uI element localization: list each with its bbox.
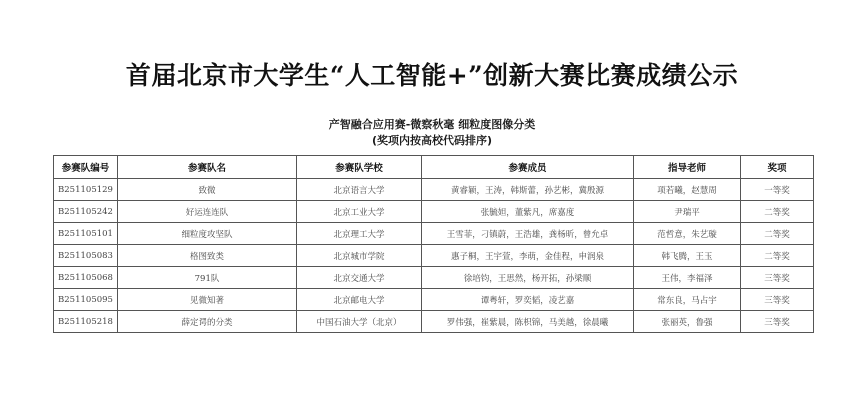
header-team-id: 参赛队编号 <box>54 156 118 179</box>
team-name: 好运连连队 <box>118 201 297 223</box>
table-row: B251105129 致微 北京语言大学 黄睿颖，王涛，韩斯蕾，孙艺彬，冀殷源 … <box>54 179 814 201</box>
team-name: 791队 <box>118 267 297 289</box>
team-members: 罗伟强，崔紫晨，陈枳锦，马美越，徐晨曦 <box>422 311 634 333</box>
team-award: 一等奖 <box>741 179 814 201</box>
table-row: B251105095 见微知著 北京邮电大学 谭粤轩，罗奕韬，凌艺嘉 常东良，马… <box>54 289 814 311</box>
competition-track-title: 产智融合应用赛-微察秋毫 细粒度图像分类 <box>0 117 864 132</box>
team-school: 北京邮电大学 <box>297 289 422 311</box>
team-award: 二等奖 <box>741 245 814 267</box>
team-advisor: 王伟，李福泽 <box>634 267 741 289</box>
team-id: B251105083 <box>54 245 118 267</box>
page-title: 首届北京市大学生“人工智能+”创新大赛比赛成绩公示 <box>0 60 864 92</box>
team-advisor: 范哲意，朱艺璇 <box>634 223 741 245</box>
team-members: 黄睿颖，王涛，韩斯蕾，孙艺彬，冀殷源 <box>422 179 634 201</box>
team-name: 细粒度攻坚队 <box>118 223 297 245</box>
team-members: 谭粤轩，罗奕韬，凌艺嘉 <box>422 289 634 311</box>
team-id: B251105129 <box>54 179 118 201</box>
team-members: 惠子桐，王宇萱，李萌，金佳程，申润泉 <box>422 245 634 267</box>
team-school: 北京城市学院 <box>297 245 422 267</box>
header-award: 奖项 <box>741 156 814 179</box>
team-school: 北京工业大学 <box>297 201 422 223</box>
team-award: 三等奖 <box>741 311 814 333</box>
team-school: 中国石油大学（北京） <box>297 311 422 333</box>
header-members: 参赛成员 <box>422 156 634 179</box>
team-advisor: 项若曦，赵慧周 <box>634 179 741 201</box>
team-id: B251105095 <box>54 289 118 311</box>
team-name: 见微知著 <box>118 289 297 311</box>
header-team-name: 参赛队名 <box>118 156 297 179</box>
sort-note: (奖项内按高校代码排序) <box>0 133 864 148</box>
table-row: B251105242 好运连连队 北京工业大学 张毓妲，董紫凡，席嘉度 尹瑞平 … <box>54 201 814 223</box>
table-row: B251105068 791队 北京交通大学 徐培钧，王思然，杨开拓，孙梁顺 王… <box>54 267 814 289</box>
team-award: 二等奖 <box>741 223 814 245</box>
table-row: B251105218 薛定谔的分类 中国石油大学（北京） 罗伟强，崔紫晨，陈枳锦… <box>54 311 814 333</box>
team-award: 三等奖 <box>741 289 814 311</box>
table-row: B251105083 格图致类 北京城市学院 惠子桐，王宇萱，李萌，金佳程，申润… <box>54 245 814 267</box>
team-id: B251105242 <box>54 201 118 223</box>
team-advisor: 韩飞腾，王玉 <box>634 245 741 267</box>
team-name: 薛定谔的分类 <box>118 311 297 333</box>
team-advisor: 尹瑞平 <box>634 201 741 223</box>
header-school: 参赛队学校 <box>297 156 422 179</box>
team-id: B251105068 <box>54 267 118 289</box>
team-advisor: 常东良，马占宇 <box>634 289 741 311</box>
table-row: B251105101 细粒度攻坚队 北京理工大学 王雪菲，刁镇蔚，王浩雄，龚杨昕… <box>54 223 814 245</box>
team-name: 致微 <box>118 179 297 201</box>
team-name: 格图致类 <box>118 245 297 267</box>
team-school: 北京语言大学 <box>297 179 422 201</box>
team-members: 徐培钧，王思然，杨开拓，孙梁顺 <box>422 267 634 289</box>
team-award: 二等奖 <box>741 201 814 223</box>
header-advisor: 指导老师 <box>634 156 741 179</box>
team-advisor: 张丽英，鲁强 <box>634 311 741 333</box>
team-award: 三等奖 <box>741 267 814 289</box>
team-members: 王雪菲，刁镇蔚，王浩雄，龚杨昕，曾允卓 <box>422 223 634 245</box>
results-table: 参赛队编号 参赛队名 参赛队学校 参赛成员 指导老师 奖项 B251105129… <box>53 155 814 333</box>
team-school: 北京理工大学 <box>297 223 422 245</box>
team-members: 张毓妲，董紫凡，席嘉度 <box>422 201 634 223</box>
team-id: B251105101 <box>54 223 118 245</box>
team-school: 北京交通大学 <box>297 267 422 289</box>
table-header-row: 参赛队编号 参赛队名 参赛队学校 参赛成员 指导老师 奖项 <box>54 156 814 179</box>
team-id: B251105218 <box>54 311 118 333</box>
